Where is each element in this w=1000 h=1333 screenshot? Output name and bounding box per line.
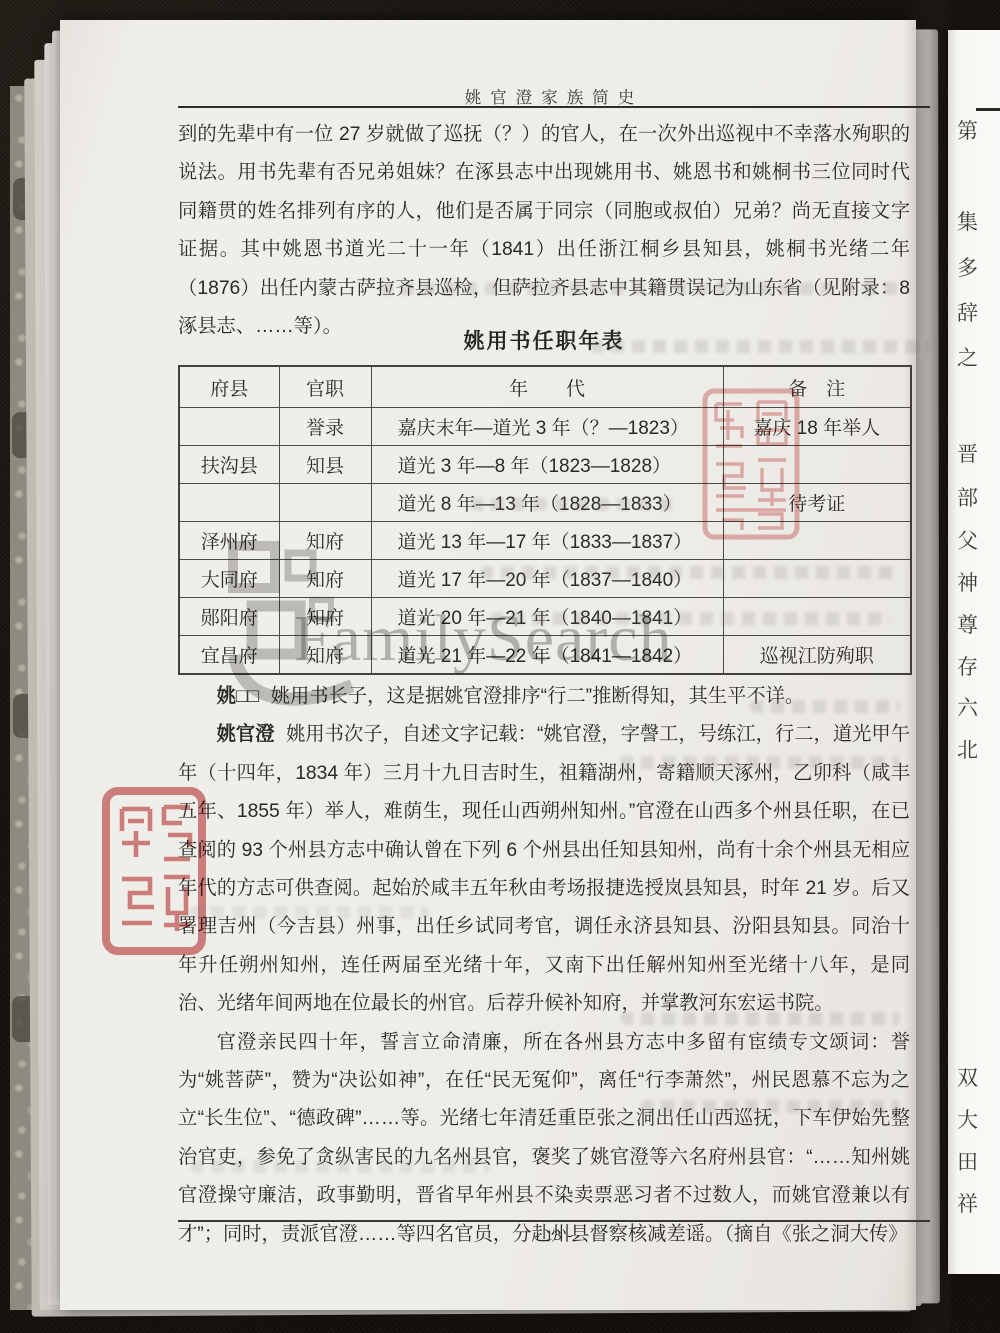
table-row: 扶沟县 知县 道光 3 年—8 年（1823—1828）: [179, 446, 911, 484]
cell: 知县: [279, 446, 371, 484]
facing-char: 晋: [957, 438, 978, 468]
cell: 嘉庆末年—道光 3 年（？—1823）: [371, 408, 723, 446]
col-header: 官职: [279, 366, 371, 408]
facing-page-rule: [976, 108, 1000, 111]
bleed-through: [590, 340, 930, 353]
facing-char: 多: [957, 252, 978, 282]
cell: 道光 3 年—8 年（1823—1828）: [371, 446, 723, 484]
bleed-through: [380, 282, 900, 295]
bleed-through: [620, 1012, 900, 1025]
book-gutter-shadow: [904, 0, 950, 1333]
facing-char: 父: [957, 525, 978, 555]
facing-char: 辞: [957, 297, 978, 327]
page-number: - 13 -: [178, 1228, 930, 1245]
bleed-through: [490, 612, 890, 625]
cell: 巡视江防殉职: [723, 636, 911, 675]
facing-char: 双: [957, 1062, 978, 1092]
scanned-page: 姚官澄家族简史 到的先辈中有一位 27 岁就做了巡抚（？）的官人，在一次外出巡视…: [60, 20, 916, 1310]
bleed-through: [190, 906, 430, 919]
bleed-through: [190, 1160, 490, 1173]
facing-char: 田: [957, 1146, 978, 1176]
facing-char: 部: [957, 482, 978, 512]
bleed-through: [750, 700, 900, 713]
facing-char: 集: [957, 206, 978, 236]
red-seal-stamp: [702, 388, 800, 540]
facing-char: 北: [957, 734, 978, 764]
running-header: 姚官澄家族简史: [178, 84, 930, 108]
facing-page-strip: 第 集 多 辞 之 晋 部 父 神 尊 存 六 北 双 大 田 祥: [948, 30, 1000, 1274]
cell: 道光 13 年—17 年（1833—1837）: [371, 522, 723, 560]
facing-char: 之: [957, 342, 978, 372]
col-header: 府县: [179, 366, 279, 408]
cell: [179, 484, 279, 522]
person-name-bold: 姚官澄: [217, 724, 275, 745]
paragraph-1: 到的先辈中有一位 27 岁就做了巡抚（？）的官人，在一次外出巡视中不幸落水殉职的…: [178, 116, 910, 346]
header-rule: [178, 106, 930, 108]
cell: 扶沟县: [179, 446, 279, 484]
red-seal-stamp-left: [102, 787, 206, 955]
bleed-through: [470, 498, 680, 511]
facing-char: 神: [957, 567, 978, 597]
bleed-through: [480, 566, 900, 579]
table-header-row: 府县 官职 年 代 备 注: [179, 366, 911, 408]
cell: 誉录: [279, 408, 371, 446]
bleed-through: [620, 756, 900, 769]
col-header: 年 代: [371, 366, 723, 408]
table-row: 誉录 嘉庆末年—道光 3 年（？—1823） 嘉庆 18 年举人: [179, 408, 911, 446]
facing-char: 尊: [957, 609, 978, 639]
facing-char: 第: [957, 115, 978, 145]
bleed-through: [640, 1100, 900, 1113]
footer-rule: [178, 1220, 930, 1222]
facing-char: 大: [957, 1104, 978, 1134]
facing-char: 祥: [957, 1188, 978, 1218]
facing-char: 存: [957, 651, 978, 681]
cell: [279, 484, 371, 522]
scanned-book-photo: { "header": { "title": "姚官澄家族简史" }, "bod…: [0, 0, 1000, 1333]
cell: [179, 408, 279, 446]
facing-char: 六: [957, 692, 978, 722]
